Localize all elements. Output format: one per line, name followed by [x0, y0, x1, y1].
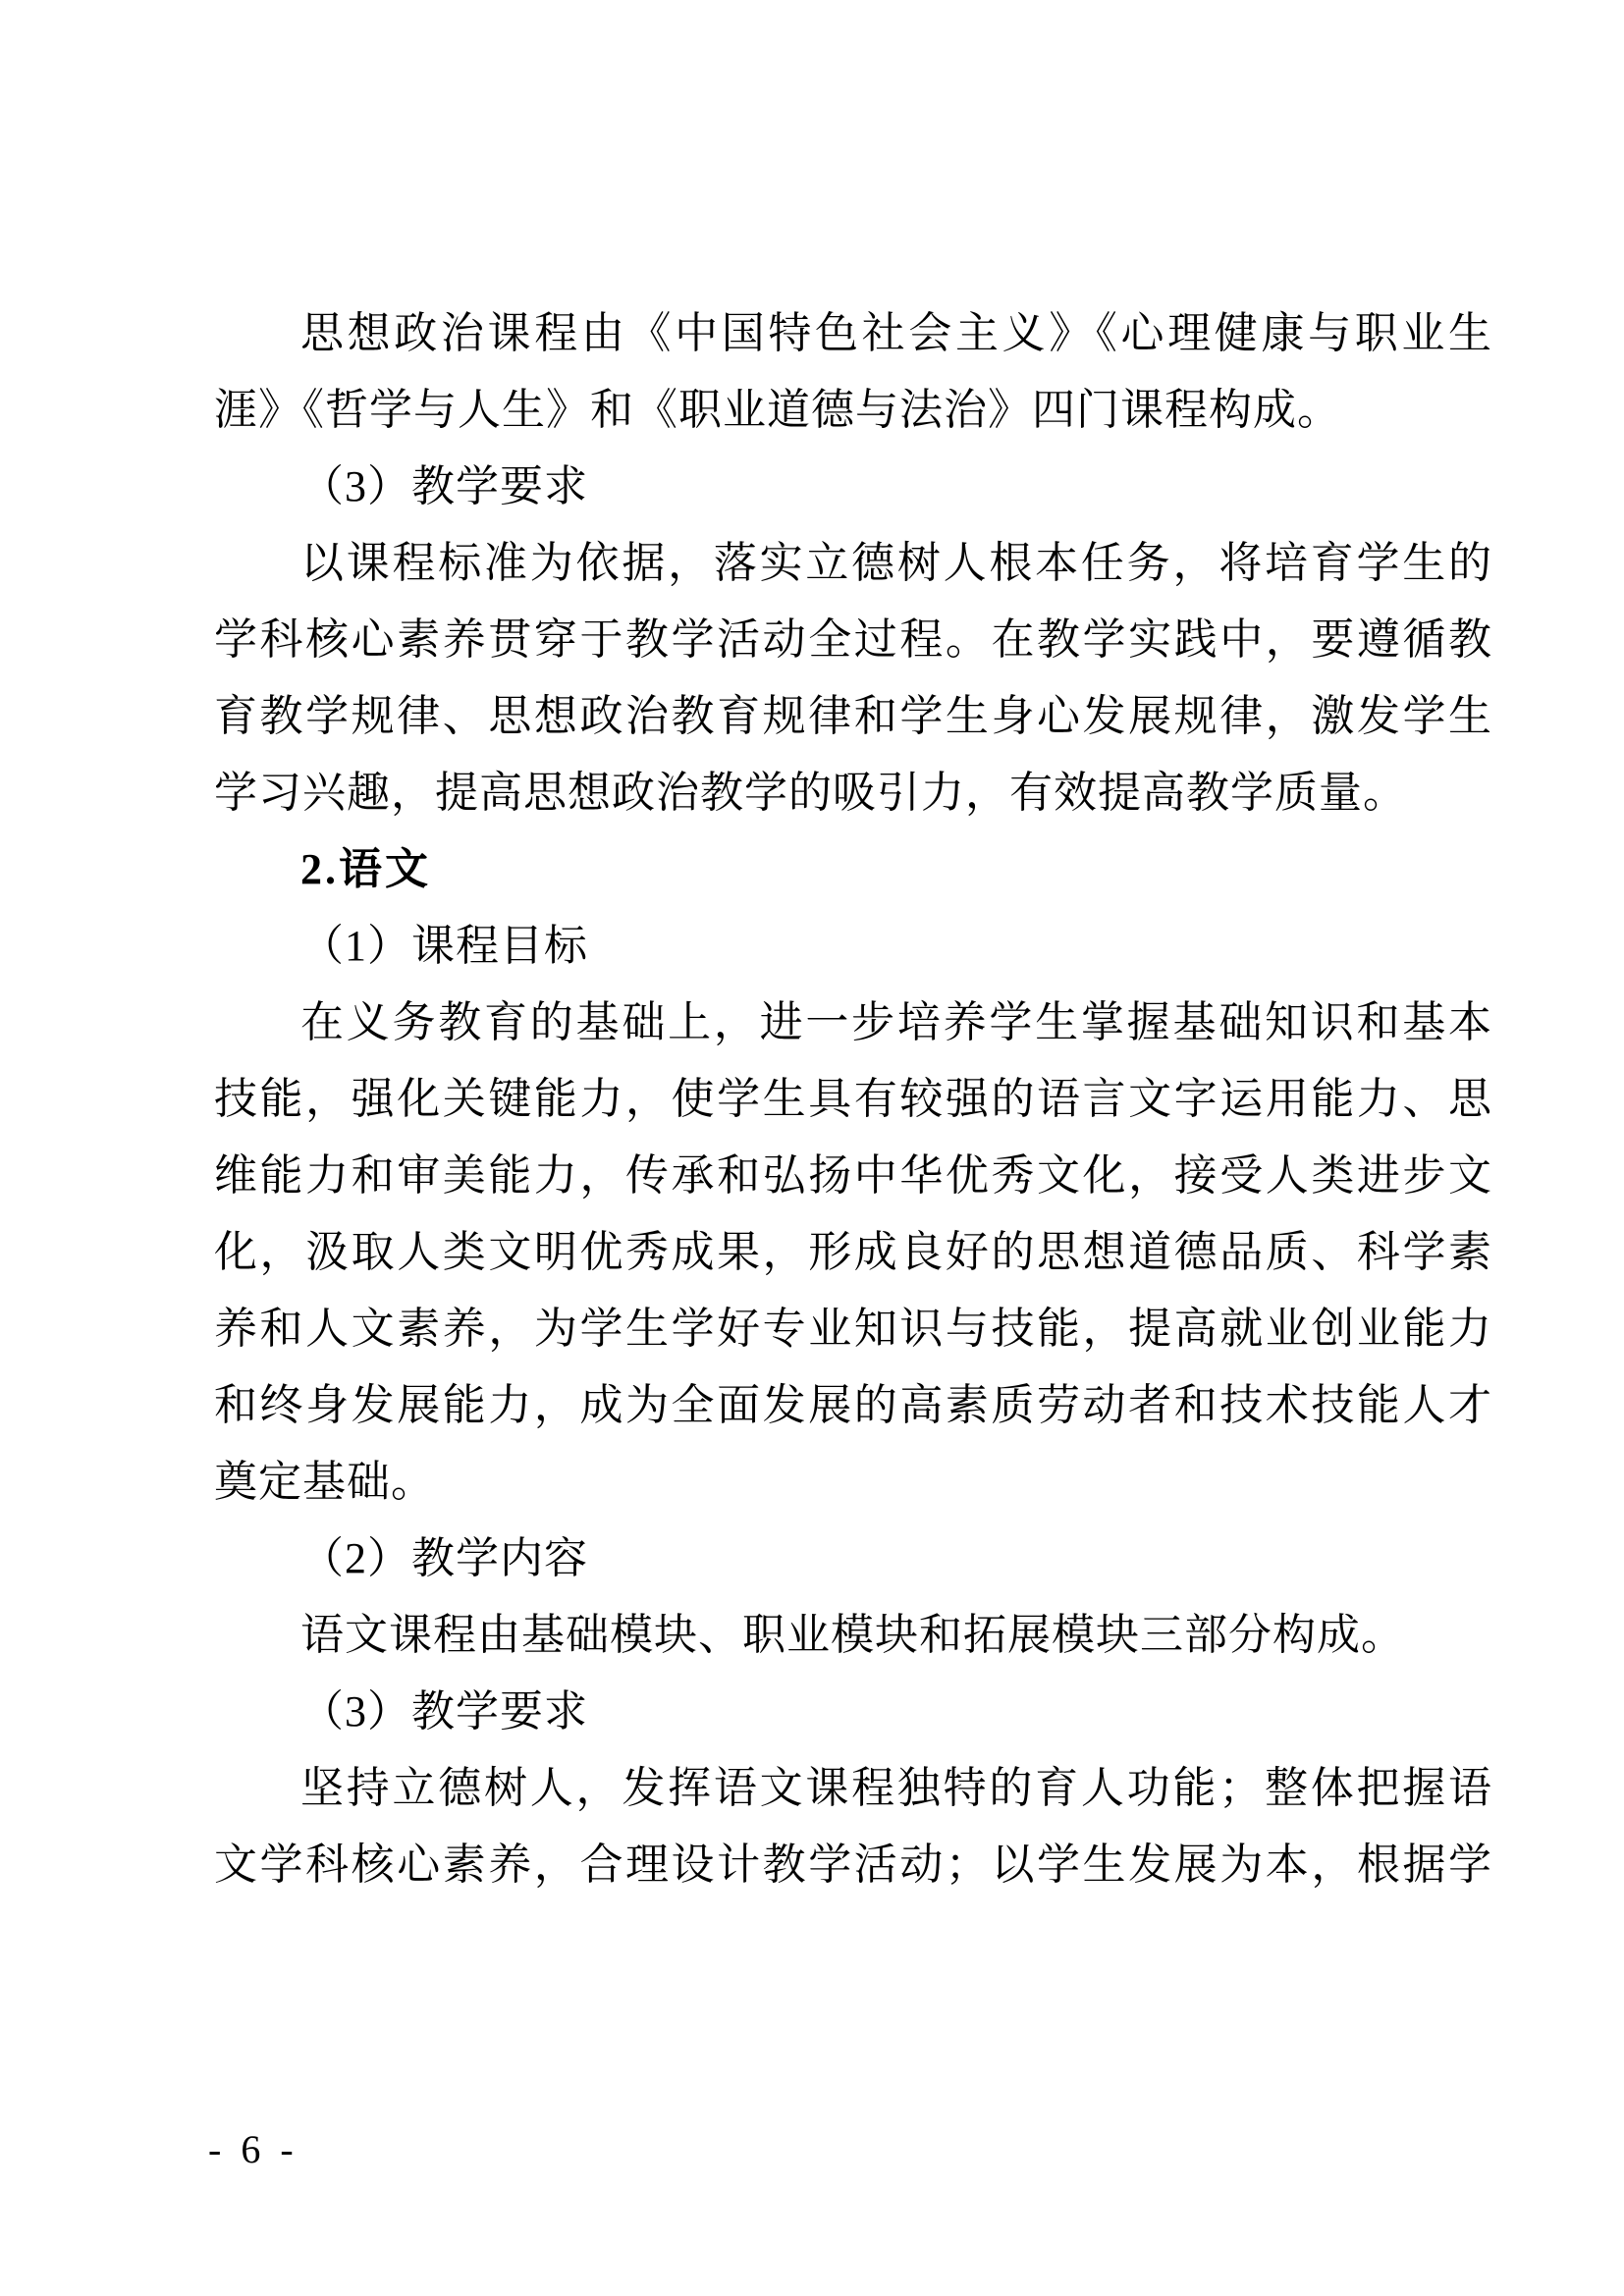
- text-line: 思想政治课程由《中国特色社会主义》《心理健康与职业生: [214, 295, 1492, 372]
- text-line: （1）课程目标: [214, 908, 1492, 985]
- text-line: 化，汲取人类文明优秀成果，形成良好的思想道德品质、科学素: [214, 1214, 1492, 1291]
- text-line: 涯》《哲学与人生》和《职业道德与法治》四门课程构成。: [214, 372, 1492, 449]
- text-line: 奠定基础。: [214, 1444, 1492, 1521]
- text-line: 养和人文素养，为学生学好专业知识与技能，提高就业创业能力: [214, 1291, 1492, 1367]
- page-number: - 6 -: [208, 2128, 298, 2171]
- text-line: 和终身发展能力，成为全面发展的高素质劳动者和技术技能人才: [214, 1367, 1492, 1444]
- section-heading: 2.语文: [214, 831, 1492, 908]
- document-body: 思想政治课程由《中国特色社会主义》《心理健康与职业生涯》《哲学与人生》和《职业道…: [214, 295, 1492, 1903]
- document-page: 思想政治课程由《中国特色社会主义》《心理健康与职业生涯》《哲学与人生》和《职业道…: [0, 0, 1624, 2296]
- text-line: （3）教学要求: [214, 449, 1492, 525]
- text-line: 学习兴趣，提高思想政治教学的吸引力，有效提高教学质量。: [214, 755, 1492, 831]
- text-line: 育教学规律、思想政治教育规律和学生身心发展规律，激发学生: [214, 678, 1492, 755]
- text-line: 坚持立德树人，发挥语文课程独特的育人功能；整体把握语: [214, 1750, 1492, 1827]
- text-line: 在义务教育的基础上，进一步培养学生掌握基础知识和基本: [214, 985, 1492, 1061]
- text-line: 技能，强化关键能力，使学生具有较强的语言文字运用能力、思: [214, 1061, 1492, 1138]
- text-line: 以课程标准为依据，落实立德树人根本任务，将培育学生的: [214, 525, 1492, 602]
- text-line: 维能力和审美能力，传承和弘扬中华优秀文化，接受人类进步文: [214, 1138, 1492, 1214]
- text-line: （3）教学要求: [214, 1674, 1492, 1750]
- text-line: 学科核心素养贯穿于教学活动全过程。在教学实践中，要遵循教: [214, 602, 1492, 678]
- text-line: 语文课程由基础模块、职业模块和拓展模块三部分构成。: [214, 1597, 1492, 1674]
- text-line: （2）教学内容: [214, 1521, 1492, 1597]
- text-line: 文学科核心素养，合理设计教学活动；以学生发展为本，根据学: [214, 1827, 1492, 1903]
